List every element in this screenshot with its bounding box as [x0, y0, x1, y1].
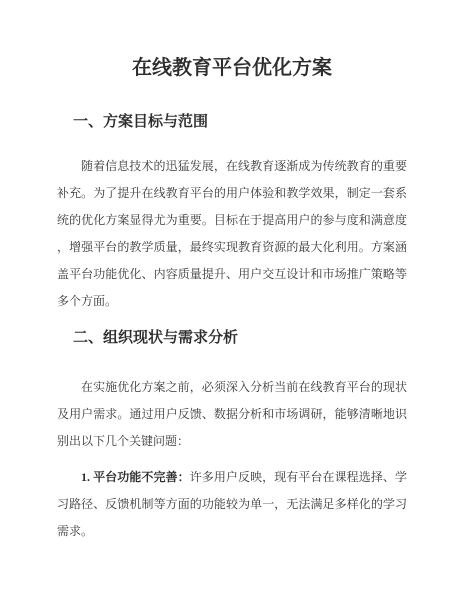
section-heading-objectives: 一、方案目标与范围 [73, 112, 407, 131]
paragraph-objectives: 随着信息技术的迅猛发展，在线教育逐渐成为传统教育的重要补充。为了提升在线教育平台… [57, 153, 407, 315]
document-title-text: 在线教育平台优化方案 [132, 57, 332, 79]
paragraph-key-issue-1: 1. 平台功能不完善：许多用户反映，现有平台在课程选择、学习路径、反馈机制等方面… [57, 464, 407, 545]
paragraph-analysis-intro: 在实施优化方案之前，必须深入分析当前在线教育平台的现状及用户需求。通过用户反馈、… [57, 374, 407, 455]
section-heading-analysis: 二、组织现状与需求分析 [73, 328, 407, 347]
key-issue-1-label: 1. 平台功能不完善： [81, 470, 190, 484]
section-analysis: 二、组织现状与需求分析 在实施优化方案之前，必须深入分析当前在线教育平台的现状及… [57, 328, 407, 545]
section-objectives: 一、方案目标与范围 随着信息技术的迅猛发展，在线教育逐渐成为传统教育的重要补充。… [57, 112, 407, 315]
document-title: 在线教育平台优化方案 [57, 54, 407, 82]
document-page: 在线教育平台优化方案 一、方案目标与范围 随着信息技术的迅猛发展，在线教育逐渐成… [0, 0, 463, 600]
